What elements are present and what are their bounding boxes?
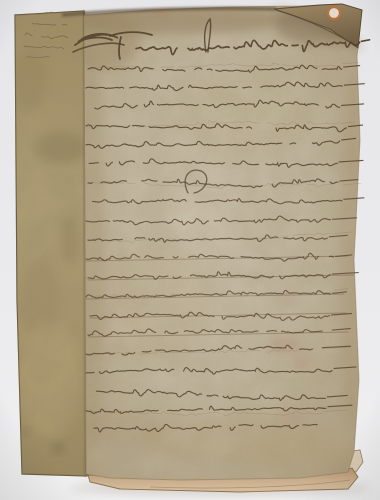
vignette [0, 0, 380, 500]
manuscript-photo [0, 0, 380, 500]
